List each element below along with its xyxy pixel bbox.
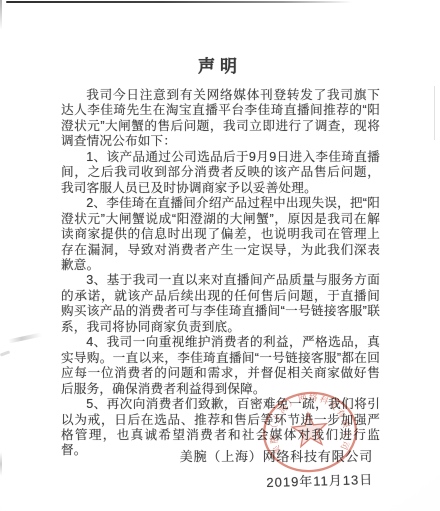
scan-artifact-corner	[0, 0, 2, 30]
statement-paragraph-1: 1、该产品通过公司选品后于9月9日进入李佳琦直播间，之后我司收到部分消费者反映的…	[61, 150, 380, 196]
scan-artifact-bottom-left	[0, 452, 2, 476]
scan-artifact-left-smudge-2	[0, 350, 10, 356]
scan-artifact-top-edge	[6, 1, 352, 3]
statement-paragraph-2: 2、李佳琦在直播间介绍产品过程中出现失误，把“阳澄状元”大闸蟹说成“阳澄湖的大闸…	[61, 196, 380, 273]
signature-company: 美腕（上海）网络科技有限公司	[180, 446, 373, 465]
statement-title: 声明	[0, 52, 440, 77]
scan-artifact-left-smudge	[8, 333, 42, 344]
statement-paragraph-3: 3、基于我司一直以来对直播间产品质量与服务方面的承诺，就该产品后续出现的任何售后…	[61, 273, 380, 335]
statement-paragraph-4: 4、我司一向重视维护消费者的利益，严格选品，真实导购。一直以来，李佳琦直播间“一…	[61, 335, 380, 397]
statement-document: 声明 我司今日注意到有关网络媒体刊登转发了我司旗下达人李佳琦先生在淘宝直播平台李…	[0, 0, 440, 511]
signature-block: 美腕（上海）网络科技有限公司 2019年11月13日	[180, 446, 373, 488]
statement-paragraph-intro: 我司今日注意到有关网络媒体刊登转发了我司旗下达人李佳琦先生在淘宝直播平台李佳琦直…	[61, 88, 380, 150]
scan-artifact-right-edge	[434, 86, 435, 140]
statement-body: 我司今日注意到有关网络媒体刊登转发了我司旗下达人李佳琦先生在淘宝直播平台李佳琦直…	[61, 88, 380, 459]
signature-date: 2019年11月13日	[180, 469, 374, 493]
